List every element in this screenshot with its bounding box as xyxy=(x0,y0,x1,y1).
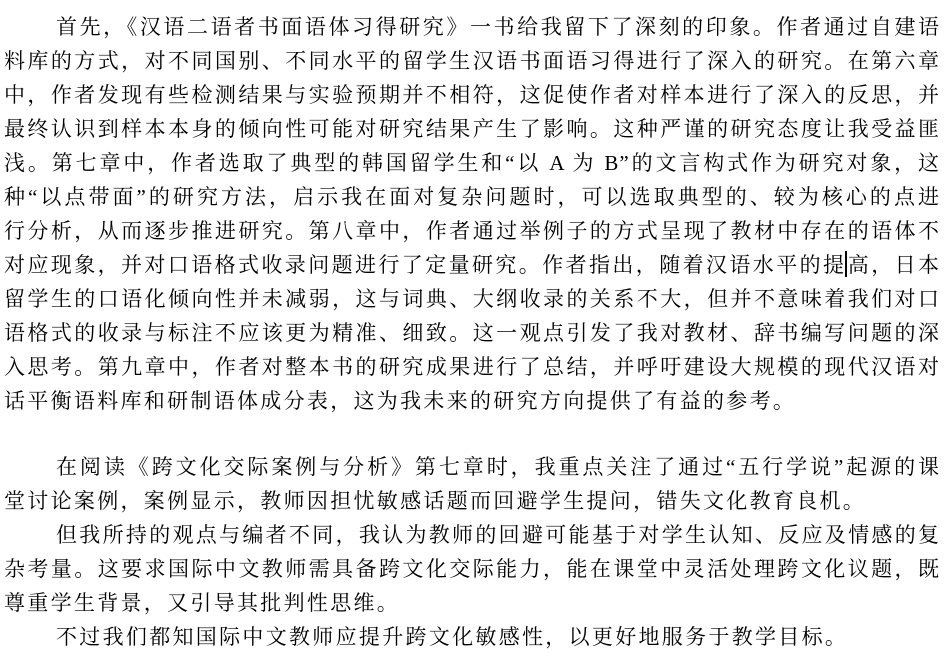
text-line[interactable]: 留学生的口语化倾向性并未减弱，这与词典、大纲收录的关系不大，但并不意味着我们对口 xyxy=(4,282,940,316)
text-line[interactable]: 入思考。第九章中，作者对整本书的研究成果进行了总结，并呼吁建设大规模的现代汉语对 xyxy=(4,350,940,384)
paragraph-case-study: 在阅读《跨文化交际案例与分析》第七章时，我重点关注了通过“五行学说”起源的课 堂… xyxy=(4,450,940,518)
text-line[interactable]: 尊重学生背景，又引导其批判性思维。 xyxy=(4,586,940,620)
text-line[interactable]: 中，作者发现有些检测结果与实验预期并不相符，这促使作者对样本进行了深入的反思，并 xyxy=(4,78,940,112)
text-line[interactable]: 最终认识到样本本身的倾向性可能对研究结果产生了影响。这种严谨的研究态度让我受益匪 xyxy=(4,112,940,146)
text-before-cursor: 对应现象，并对口语格式收录问题进行了定量研究。作者指出，随着汉语水平的提 xyxy=(4,253,846,277)
text-line[interactable]: 杂考量。这要求国际中文教师需具备跨文化交际能力，能在课堂中灵活处理跨文化议题，既 xyxy=(4,552,940,586)
text-line-with-cursor[interactable]: 对应现象，并对口语格式收录问题进行了定量研究。作者指出，随着汉语水平的提高，日本 xyxy=(4,248,940,282)
text-line[interactable]: 料库的方式，对不同国别、不同水平的留学生汉语书面语习得进行了深入的研究。在第六章 xyxy=(4,44,940,78)
text-line[interactable]: 浅。第七章中，作者选取了典型的韩国留学生和“以 A 为 B”的文言构式作为研究对… xyxy=(4,146,940,180)
text-line[interactable]: 但我所持的观点与编者不同，我认为教师的回避可能基于对学生认知、反应及情感的复 xyxy=(4,518,940,552)
text-after-cursor: 高，日本 xyxy=(846,253,940,277)
text-line[interactable]: 话平衡语料库和研制语体成分表，这为我未来的研究方向提供了有益的参考。 xyxy=(4,384,940,418)
paragraph-book-review: 首先，《汉语二语者书面语体习得研究》一书给我留下了深刻的印象。作者通过自建语 料… xyxy=(4,10,940,418)
text-line[interactable]: 行分析，从而逐步推进研究。第八章中，作者通过举例子的方式呈现了教材中存在的语体不 xyxy=(4,214,940,248)
text-line[interactable]: 种“以点带面”的研究方法，启示我在面对复杂问题时，可以选取典型的、较为核心的点进 xyxy=(4,180,940,214)
text-line[interactable]: 堂讨论案例，案例显示，教师因担忧敏感话题而回避学生提问，错失文化教育良机。 xyxy=(4,484,940,518)
document-body[interactable]: 首先，《汉语二语者书面语体习得研究》一书给我留下了深刻的印象。作者通过自建语 料… xyxy=(0,0,944,657)
text-line[interactable]: 不过我们都知国际中文教师应提升跨文化敏感性，以更好地服务于教学目标。 xyxy=(4,620,940,654)
text-line[interactable]: 首先，《汉语二语者书面语体习得研究》一书给我留下了深刻的印象。作者通过自建语 xyxy=(4,10,940,44)
text-line[interactable]: 语格式的收录与标注不应该更为精准、细致。这一观点引发了我对教材、辞书编写问题的深 xyxy=(4,316,940,350)
paragraph-conclusion: 不过我们都知国际中文教师应提升跨文化敏感性，以更好地服务于教学目标。 xyxy=(4,620,940,654)
paragraph-spacer xyxy=(4,418,940,450)
paragraph-my-viewpoint: 但我所持的观点与编者不同，我认为教师的回避可能基于对学生认知、反应及情感的复 杂… xyxy=(4,518,940,620)
text-line[interactable]: 在阅读《跨文化交际案例与分析》第七章时，我重点关注了通过“五行学说”起源的课 xyxy=(4,450,940,484)
